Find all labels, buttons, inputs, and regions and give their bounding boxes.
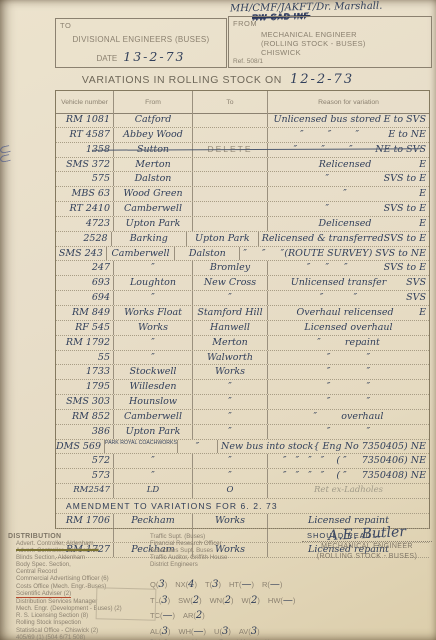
variation-code: ( ″ 7350408) NE (336, 469, 426, 483)
table-row: 386Upton Park″″ ″ (56, 425, 429, 440)
reason-cell: New bus into stock{ Eng No 7350405) NE (218, 440, 429, 454)
signature-block: A.E. Butler MECHANICAL ENGINEER (ROLLING… (302, 525, 432, 640)
to-cell: Works (193, 514, 268, 528)
code-label: U( (214, 627, 222, 636)
middle-recipient-list: Traffic Supt. (Buses)Financial Research … (150, 533, 302, 568)
margin-scribble-mark (0, 146, 12, 160)
reason-cell: Overhaul relicensedE (268, 306, 429, 320)
table-row: RT 4587Abbey Wood″ ″ ″E to NE (56, 128, 429, 143)
reason-cell: ″ repaint (268, 336, 429, 350)
to-cell: ″ (193, 469, 268, 483)
reason-cell: ″E (268, 187, 429, 201)
allocation-code: WN(2) (210, 596, 234, 605)
reason-text: ″ ″ (271, 351, 426, 365)
to-cell: Stamford Hill (193, 306, 268, 320)
code-quantity-handwritten: — (270, 579, 280, 590)
from-cell: Peckham (114, 514, 193, 528)
vehicle-number-cell: RM 1792 (56, 336, 114, 350)
table-row: 1358SuttonDELETE″ ″ ″NE to SVS (56, 143, 429, 158)
from-address-box: FROM MECHANICAL ENGINEER (ROLLING STOCK … (228, 16, 432, 68)
reason-cell: ″ ″ ″SVS to E (268, 261, 429, 275)
distribution-item: Rolling Stock Inspection (8, 619, 150, 626)
recipient-item: Traffic Supt. (Buses) (150, 533, 302, 540)
variation-code: SVS to E (384, 232, 426, 246)
reason-cell: Unlicensed transferSVS (268, 276, 429, 290)
table-row: 247″Bromley″ ″ ″SVS to E (56, 261, 429, 276)
allocation-code: T(3) (205, 580, 221, 589)
table-row: RM 852Camberwell″″ overhaul (56, 410, 429, 425)
table-row: 55″Walworth″ ″ (56, 351, 429, 366)
code-label: W( (241, 596, 251, 605)
variation-code: E (419, 158, 426, 172)
reason-text: ″ repaint (271, 336, 426, 350)
distribution-item: Advert. Controller, Camberwell (8, 547, 150, 554)
to-cell: Bromley (193, 261, 268, 275)
vehicle-number-cell: MBS 63 (56, 187, 114, 201)
signatory-title: MECHANICAL ENGINEER (302, 543, 432, 552)
table-header-row: Vehicle number From To Reason for variat… (56, 91, 429, 114)
allocation-code: W(2) (241, 596, 259, 605)
vehicle-number-cell: RF 545 (56, 321, 114, 335)
variation-code: (ROUTE SURVEY) SVS to NE (284, 247, 426, 261)
from-cell: Hounslow (114, 395, 193, 409)
code-label: AV( (239, 627, 251, 636)
variation-code: SVS (406, 291, 426, 305)
reason-text: ″ ″ (271, 380, 426, 394)
to-cell: Walworth (193, 351, 268, 365)
reason-cell: DelicensedE (268, 217, 429, 231)
table-row: RF 545WorksHanwellLicensed overhaul (56, 321, 429, 336)
distribution-list: DISTRIBUTION Advert. Controller, Aldenha… (8, 533, 150, 640)
variation-code: NE to SVS (375, 143, 426, 157)
code-quantity-handwritten: — (283, 595, 293, 606)
to-cell: Hanwell (193, 321, 268, 335)
distribution-item-text: Body Spec. Section, (16, 561, 71, 568)
distribution-title: DISTRIBUTION (8, 533, 150, 540)
reason-cell: ″ ″ (268, 425, 429, 439)
distribution-item-text: Advert. Controller, Camberwell (16, 547, 99, 554)
from-cell: Stockwell (114, 365, 193, 379)
vehicle-number-cell: RM 849 (56, 306, 114, 320)
from-cell: Merton (114, 158, 193, 172)
distribution-item-text: Rolling Stock Inspection (16, 619, 81, 626)
reason-text: Unlicensed transfer (271, 276, 406, 290)
reason-text: New bus into stock (221, 440, 313, 454)
vehicle-number-cell: RT 2410 (56, 202, 114, 216)
from-cell: Works (114, 321, 193, 335)
vehicle-number-cell: RM 1706 (56, 514, 114, 528)
table-row: RM 1081CatfordUnlicensed bus storedE to … (56, 113, 429, 128)
to-cell: ″ (193, 395, 268, 409)
from-address-lines: MECHANICAL ENGINEER (ROLLING STOCK - BUS… (261, 30, 366, 57)
reason-cell: Unlicensed bus storedE to SVS (268, 113, 429, 127)
table-row: SMS 243CamberwellDalston″ ″ ″(ROUTE SURV… (56, 247, 429, 262)
distribution-item: Advert. Controller, Aldenham (8, 540, 150, 547)
from-cell: Abbey Wood (114, 128, 193, 142)
reason-text: ″ (271, 202, 384, 216)
vehicle-number-cell: RM2547 (56, 484, 114, 498)
from-cell: Loughton (114, 276, 193, 290)
reason-text: ″ ″ ″ ″ (271, 454, 336, 468)
distribution-item: Central Record (8, 568, 150, 575)
to-cell: ″ (193, 380, 268, 394)
from-cell: Barking (112, 232, 187, 246)
table-row: 572″″″ ″ ″ ″( ″ 7350406) NE (56, 454, 429, 469)
reason-cell: ″ ″ ″E to NE (268, 128, 429, 142)
distribution-item: Statistical Office - Chiswick (2) (8, 627, 150, 634)
to-cell (193, 113, 268, 127)
to-cell: Dalston (175, 247, 240, 261)
to-cell: DELETE (193, 143, 268, 157)
code-label: AR( (183, 611, 196, 620)
title-text: VARIATIONS IN ROLLING STOCK ON (82, 74, 282, 86)
table-row: 1795Willesden″″ ″ (56, 380, 429, 395)
reason-text: Unlicensed bus stored (271, 113, 384, 127)
allocation-code: WH(—) (179, 627, 207, 636)
allocation-code: AR(2) (183, 611, 205, 620)
vehicle-number-cell: DMS 569 (56, 440, 105, 454)
reason-text: ″ (271, 187, 419, 201)
reason-cell: Relicensed & transferredSVS to E (259, 232, 429, 246)
reason-text: ″ ″ ″ (243, 247, 284, 261)
reason-cell: ″ ″ (268, 395, 429, 409)
reason-cell: ″ ″ ″(ROUTE SURVEY) SVS to NE (240, 247, 429, 261)
from-cell: Upton Park (114, 425, 193, 439)
reason-cell: ″ ″SVS (268, 291, 429, 305)
column-header-reason: Reason for variation (268, 91, 429, 113)
reason-text: ″ ″ (271, 395, 426, 409)
variation-code: { Eng No 7350405) NE (313, 440, 426, 454)
vehicle-number-cell: 1795 (56, 380, 114, 394)
to-cell (193, 172, 268, 186)
table-row: 575Dalston″SVS to E (56, 172, 429, 187)
to-cell (193, 128, 268, 142)
allocation-code: HT(—) (229, 580, 254, 589)
reason-cell: RelicensedE (268, 158, 429, 172)
date-line: DATE13-2-73 (56, 49, 226, 64)
to-cell: Merton (193, 336, 268, 350)
recipient-item: District Engineers (150, 561, 302, 568)
recipient-item: Traffic Auditor, Griffith House (150, 554, 302, 561)
amendment-heading: AMENDMENT TO VARIATIONS FOR 6. 2. 73 (56, 499, 429, 513)
vehicle-number-cell: RM 1081 (56, 113, 114, 127)
column-header-to: To (193, 91, 268, 113)
vehicle-number-cell: 693 (56, 276, 114, 290)
recipient-item: Financial Research Officer (150, 540, 302, 547)
reason-text: Delicensed (271, 217, 419, 231)
table-row: RM 1792″Merton″ repaint (56, 336, 429, 351)
vehicle-number-cell: 575 (56, 172, 114, 186)
distribution-item-text: Commercial Advertising Officer (6) (16, 575, 109, 582)
distribution-item: Body Spec. Section, (8, 561, 150, 568)
from-cell: PARK ROYAL COACHWORKS (105, 440, 178, 454)
reason-cell: ″SVS to E (268, 202, 429, 216)
from-cell: Dalston (114, 172, 193, 186)
vehicle-number-cell: 247 (56, 261, 114, 275)
to-cell: ″ (193, 425, 268, 439)
recipients-and-allocation: Traffic Supt. (Buses)Financial Research … (150, 533, 302, 640)
table-row: RM 849Works FloatStamford HillOverhaul r… (56, 306, 429, 321)
title-date-handwritten: 12-2-73 (290, 72, 354, 87)
reason-text: Relicensed & transferred (262, 232, 384, 246)
reason-cell: ″SVS to E (268, 172, 429, 186)
table-row: DMS 569PARK ROYAL COACHWORKS″New bus int… (56, 440, 429, 455)
reason-cell: ″ ″ ″ ″( ″ 7350406) NE (268, 454, 429, 468)
to-cell (193, 217, 268, 231)
distribution-item-text: Distribution Services Manager (16, 598, 97, 605)
from-cell: Works Float (114, 306, 193, 320)
allocation-code-line: TC(—)AR(2) (150, 605, 302, 621)
allocation-code-line: Q(3)NX(4)T(3)HT(—)R(—) (150, 574, 302, 590)
vehicle-number-cell: SMS 372 (56, 158, 114, 172)
from-cell: ″ (114, 261, 193, 275)
table-body: RM 1081CatfordUnlicensed bus storedE to … (56, 113, 429, 528)
to-cell: ″ (178, 440, 218, 454)
allocation-code: NX(4) (175, 580, 197, 589)
from-cell: Camberwell (114, 410, 193, 424)
reason-text: Licensed overhaul (271, 321, 426, 335)
code-label: WH( (179, 627, 194, 636)
distribution-item: Blinds Section, Aldenham (8, 554, 150, 561)
vehicle-number-cell: 55 (56, 351, 114, 365)
reason-text: ″ ″ ″ (271, 128, 388, 142)
distribution-item-text: R. S. Licensing Section (8) (16, 612, 88, 619)
table-row: MBS 63Wood Green″E (56, 187, 429, 202)
code-quantity-handwritten: — (163, 610, 173, 621)
distribution-item: 405/69 (1) (504 6/71 508) (8, 634, 150, 640)
reason-cell: ″ ″ (268, 365, 429, 379)
variation-code: SVS to E (384, 202, 426, 216)
variation-code: E (419, 217, 426, 231)
vehicle-number-cell: 694 (56, 291, 114, 305)
vehicle-number-cell: SMS 303 (56, 395, 114, 409)
vehicle-number-cell: 1733 (56, 365, 114, 379)
table-row: 694″″″ ″SVS (56, 291, 429, 306)
vehicle-number-cell: 386 (56, 425, 114, 439)
vehicle-number-cell: 1358 (56, 143, 114, 157)
from-cell: Camberwell (107, 247, 176, 261)
column-header-vehicle: Vehicle number (56, 91, 114, 113)
vehicle-number-cell: 4723 (56, 217, 114, 231)
recipient-item: Schedules Supt. Buses (150, 547, 302, 554)
from-cell: Wood Green (114, 187, 193, 201)
reference-number: Ref. 508/1 (233, 58, 263, 65)
allocation-code: HW(—) (268, 596, 296, 605)
from-cell: LD (114, 484, 193, 498)
column-header-from: From (114, 91, 193, 113)
to-cell: ″ (193, 291, 268, 305)
to-cell: Works (193, 365, 268, 379)
signatory-title: (ROLLING STOCK - BUSES) (302, 553, 432, 562)
code-label: HW( (268, 596, 283, 605)
from-cell: ″ (114, 291, 193, 305)
to-cell: O (193, 484, 268, 498)
code-label: WN( (210, 596, 225, 605)
document-title: VARIATIONS IN ROLLING STOCK ON12-2-73 (0, 70, 436, 88)
from-cell: ″ (114, 351, 193, 365)
to-cell: ″ (193, 454, 268, 468)
to-cell (193, 187, 268, 201)
table-row: 2528BarkingUpton ParkRelicensed & transf… (56, 232, 429, 247)
reason-text: ″ ″ (271, 425, 426, 439)
to-recipient: DIVISIONAL ENGINEERS (BUSES) (56, 35, 226, 44)
amendment-heading-row: AMENDMENT TO VARIATIONS FOR 6. 2. 73 (56, 499, 429, 514)
scanned-memo-page: MH/CMF/JAKFT/Dr. Marshall. RW CAD INF TO… (0, 0, 436, 640)
code-quantity-handwritten: — (241, 579, 251, 590)
reason-text: ″ (271, 172, 384, 186)
from-cell: Sutton (114, 143, 193, 157)
from-line: CHISWICK (261, 48, 366, 57)
reason-cell: Licensed overhaul (268, 321, 429, 335)
footer: DISTRIBUTION Advert. Controller, Aldenha… (8, 533, 432, 640)
variation-code: SVS (406, 276, 426, 290)
from-line: MECHANICAL ENGINEER (261, 30, 366, 39)
garage-allocation-codes: Q(3)NX(4)T(3)HT(—)R(—)TL(3)SW(2)WN(2)W(2… (150, 574, 302, 636)
vehicle-number-cell: 2528 (56, 232, 112, 246)
to-cell: Upton Park (187, 232, 259, 246)
distribution-item-text: Costs Office (Mech. Engr.-Buses) (16, 583, 106, 590)
reason-cell: Ret ex-Ladholes (268, 484, 429, 498)
from-cell: ″ (114, 469, 193, 483)
allocation-code: AV(3) (239, 627, 260, 636)
reason-cell: ″ ″ ″NE to SVS (268, 143, 429, 157)
table-row: RT 2410Camberwell″SVS to E (56, 202, 429, 217)
reason-cell: ″ overhaul (268, 410, 429, 424)
from-cell: Upton Park (114, 217, 193, 231)
table-row: 1733StockwellWorks″ ″ (56, 365, 429, 380)
table-row: 693LoughtonNew CrossUnlicensed transferS… (56, 276, 429, 291)
distribution-item: Commercial Advertising Officer (6) (8, 575, 150, 582)
pencil-annotation-box (96, 587, 157, 621)
reason-text: ″ ″ ″ (271, 261, 384, 275)
variation-code: SVS to E (384, 172, 426, 186)
reason-text: ″ ″ (271, 291, 406, 305)
allocation-code: SW(2) (178, 596, 201, 605)
reason-text: ″ ″ (271, 365, 426, 379)
distribution-item-text: Scientific Adviser (2) (16, 591, 71, 599)
variation-code: E (419, 306, 426, 320)
allocation-code-line: AL(3)WH(—)U(3)AV(3) (150, 621, 302, 637)
reason-text: ″ ″ ″ ″ (271, 469, 336, 483)
from-line: (ROLLING STOCK - BUSES) (261, 39, 366, 48)
code-label: SW( (178, 596, 193, 605)
allocation-code: R(—) (262, 580, 282, 589)
to-cell (193, 202, 268, 216)
variation-code: E (419, 187, 426, 201)
from-cell: ″ (114, 336, 193, 350)
to-cell (193, 158, 268, 172)
distribution-item-text: Statistical Office - Chiswick (2) (16, 627, 98, 634)
from-cell: Camberwell (114, 202, 193, 216)
reason-text: Ret ex-Ladholes (271, 484, 426, 498)
reason-text: ″ ″ ″ (271, 143, 375, 157)
code-label: AL( (150, 627, 162, 636)
vehicle-number-cell: RT 4587 (56, 128, 114, 142)
variations-table: Vehicle number From To Reason for variat… (55, 90, 430, 529)
to-address-box: TO DIVISIONAL ENGINEERS (BUSES) DATE13-2… (55, 18, 227, 68)
allocation-code: AL(3) (150, 627, 171, 636)
to-cell: New Cross (193, 276, 268, 290)
vehicle-number-cell: RM 852 (56, 410, 114, 424)
distribution-item-text: Advert. Controller, Aldenham (16, 540, 94, 547)
variation-code: E to SVS (384, 113, 426, 127)
reason-text: Overhaul relicensed (271, 306, 419, 320)
to-label: TO (60, 21, 71, 30)
table-row: RM2547LDORet ex-Ladholes (56, 484, 429, 499)
table-row: 4723Upton ParkDelicensedE (56, 217, 429, 232)
vehicle-number-cell: SMS 243 (56, 247, 107, 261)
allocation-code-line: TL(3)SW(2)WN(2)W(2)HW(—) (150, 590, 302, 606)
variation-code: E to NE (388, 128, 426, 142)
reason-cell: ″ ″ (268, 380, 429, 394)
vehicle-number-cell: 573 (56, 469, 114, 483)
reason-text: ″ overhaul (271, 410, 426, 424)
date-label: DATE (97, 54, 118, 63)
reason-cell: ″ ″ ″ ″( ″ 7350408) NE (268, 469, 429, 483)
variation-code: ( ″ 7350406) NE (336, 454, 426, 468)
to-cell: ″ (193, 410, 268, 424)
from-cell: Willesden (114, 380, 193, 394)
allocation-code: U(3) (214, 627, 231, 636)
code-label: HT( (229, 580, 242, 589)
distribution-item-text: 405/69 (1) (504 6/71 508) (16, 634, 85, 640)
signature-handwritten: A.E. Butler (328, 524, 407, 544)
table-row: 573″″″ ″ ″ ″( ″ 7350408) NE (56, 469, 429, 484)
vehicle-number-cell: 572 (56, 454, 114, 468)
date-value-handwritten: 13-2-73 (123, 49, 185, 64)
code-quantity-handwritten: — (194, 626, 204, 637)
code-label: NX( (175, 580, 188, 589)
reason-cell: ″ ″ (268, 351, 429, 365)
reason-text: Relicensed (271, 158, 419, 172)
distribution-item-text: Blinds Section, Aldenham (16, 554, 85, 561)
from-cell: ″ (114, 454, 193, 468)
table-row: SMS 372MertonRelicensedE (56, 158, 429, 173)
from-label: FROM (233, 19, 257, 28)
variation-code: SVS to E (384, 261, 426, 275)
code-label: R( (262, 580, 270, 589)
from-cell: Catford (114, 113, 193, 127)
distribution-item-text: Central Record (16, 568, 57, 575)
table-row: SMS 303Hounslow″″ ″ (56, 395, 429, 410)
